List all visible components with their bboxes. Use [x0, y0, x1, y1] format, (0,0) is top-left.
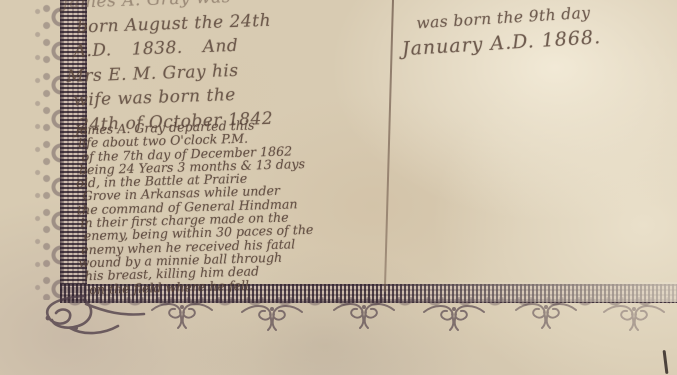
- obituary-entry: James A. Gray departed this life about t…: [75, 115, 396, 297]
- birth-entry-right: was born the 9th day January A.D. 1868.: [400, 0, 675, 62]
- lace-edge-left: [34, 0, 61, 300]
- pen-mark: [663, 350, 669, 374]
- scroll-ornament-row: [150, 298, 670, 332]
- corner-flourish: [26, 292, 156, 344]
- document-photo: James A. Gray was born August the 24th A…: [0, 0, 677, 375]
